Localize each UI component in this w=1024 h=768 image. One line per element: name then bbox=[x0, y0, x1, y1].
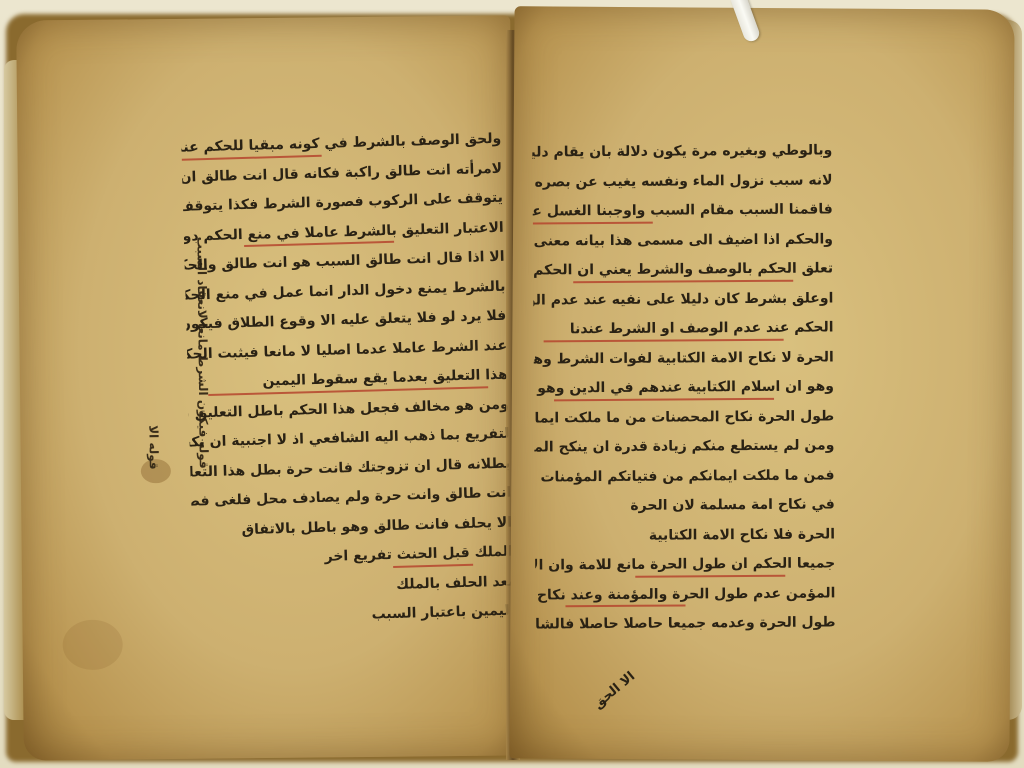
text-line: في نكاح امة مسلمة لان الحرة bbox=[535, 490, 835, 522]
text-line: طول الحرة نكاح المحصنات من ما ملكت ايمان… bbox=[534, 402, 834, 434]
text-line: اوعلق بشرط كان دليلا على نفيه عند عدم ال… bbox=[533, 284, 833, 316]
text-line: فاقمنا السبب مقام السبب واوجبنا الغسل عل… bbox=[533, 195, 833, 227]
right-page-text: وبالوطي وبغيره مرة يكون دلالة بان يقام د… bbox=[532, 136, 835, 640]
text-line: جميعا الحكم ان طول الحرة مانع للامة وان … bbox=[535, 549, 835, 581]
catchword: الا الحق bbox=[591, 669, 638, 712]
left-page: قوله فيكون الشرط مانعا لانعقاد السبب قول… bbox=[16, 15, 518, 760]
text-line: وبالوطي وبغيره مرة يكون دلالة بان يقام د… bbox=[532, 136, 832, 168]
water-stain bbox=[62, 620, 123, 671]
right-page: وبالوطي وبغيره مرة يكون دلالة بان يقام د… bbox=[509, 6, 1014, 761]
text-line: فمن ما ملكت ايمانكم من فتياتكم المؤمنات bbox=[534, 461, 834, 493]
text-line: المؤمن عدم طول الحرة والمؤمنة وعند نكاح … bbox=[535, 579, 835, 611]
text-line: وهو ان اسلام الكتابية عندهم في الدين وهو… bbox=[534, 372, 834, 404]
text-line: الحكم عند عدم الوصف او الشرط عندنا bbox=[533, 313, 833, 345]
text-line: الحرة فلا نكاح الامة الكتابية bbox=[535, 520, 835, 552]
text-line: الحرة لا نكاح الامة الكتابية لفوات الشرط… bbox=[534, 343, 834, 375]
text-line: طول الحرة وعدمه جميعا حاصلا حاصلا فالشاف… bbox=[536, 608, 836, 640]
text-line: والحكم اذا اضيف الى مسمى هذا بيانه معنى … bbox=[533, 225, 833, 257]
text-line: تعلق الحكم بالوصف والشرط يعني ان الحكم ا… bbox=[533, 254, 833, 286]
text-line: ومن لم يستطع منكم زيادة قدرة ان ينكح الم… bbox=[534, 431, 834, 463]
text-line: لانه سبب نزول الماء ونفسه يغيب عن بصره ف… bbox=[532, 166, 832, 198]
margin-note: قوله الا bbox=[146, 349, 161, 469]
left-page-text: ولحق الوصف بالشرط في كونه مبقيا للحكم عن… bbox=[181, 125, 515, 635]
